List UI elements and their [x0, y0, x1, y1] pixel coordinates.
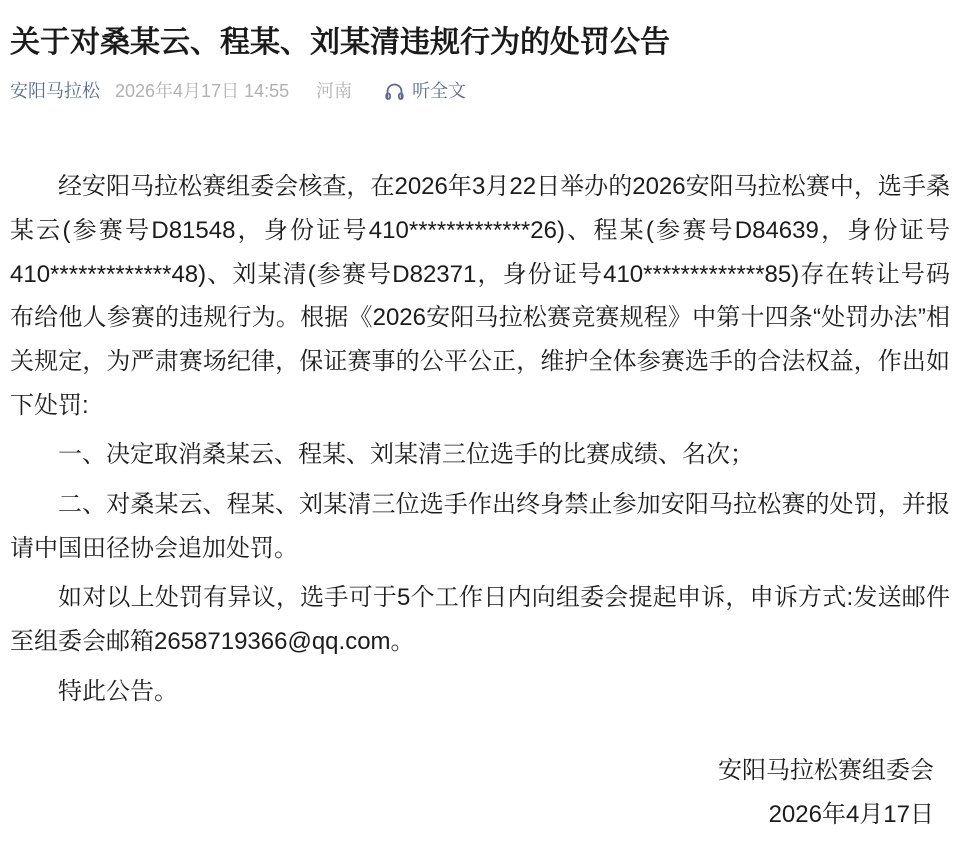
paragraph-penalty-1: 一、决定取消桑某云、程某、刘某清三位选手的比赛成绩、名次； [10, 433, 950, 477]
paragraph-closing: 特此公告。 [10, 670, 950, 714]
listen-full-text-button[interactable]: 听全文 [384, 80, 466, 103]
article-page: 关于对桑某云、程某、刘某清违规行为的处罚公告 安阳马拉松 2026年4月17日 … [0, 0, 960, 848]
article-title: 关于对桑某云、程某、刘某清违规行为的处罚公告 [10, 22, 950, 64]
signature-date: 2026年4月17日 [10, 793, 934, 837]
paragraph-intro: 经安阳马拉松赛组委会核查，在2026年3月22日举办的2026安阳马拉松赛中，选… [10, 165, 950, 427]
region-label: 河南 [316, 80, 352, 103]
signature-block: 安阳马拉松赛组委会 2026年4月17日 [10, 749, 950, 836]
article-meta-row: 安阳马拉松 2026年4月17日 14:55 河南 听全文 [10, 80, 950, 103]
paragraph-appeal: 如对以上处罚有异议，选手可于5个工作日内向组委会提起申诉，申诉方式:发送邮件至组… [10, 576, 950, 663]
article-body: 经安阳马拉松赛组委会核查，在2026年3月22日举办的2026安阳马拉松赛中，选… [10, 165, 950, 836]
paragraph-penalty-2: 二、对桑某云、程某、刘某清三位选手作出终身禁止参加安阳马拉松赛的处罚，并报请中国… [10, 483, 950, 570]
signature-org: 安阳马拉松赛组委会 [10, 749, 934, 793]
headphones-icon [384, 81, 405, 102]
publish-datetime: 2026年4月17日 14:55 [115, 80, 289, 103]
account-name-link[interactable]: 安阳马拉松 [10, 80, 100, 103]
listen-label: 听全文 [412, 80, 466, 103]
